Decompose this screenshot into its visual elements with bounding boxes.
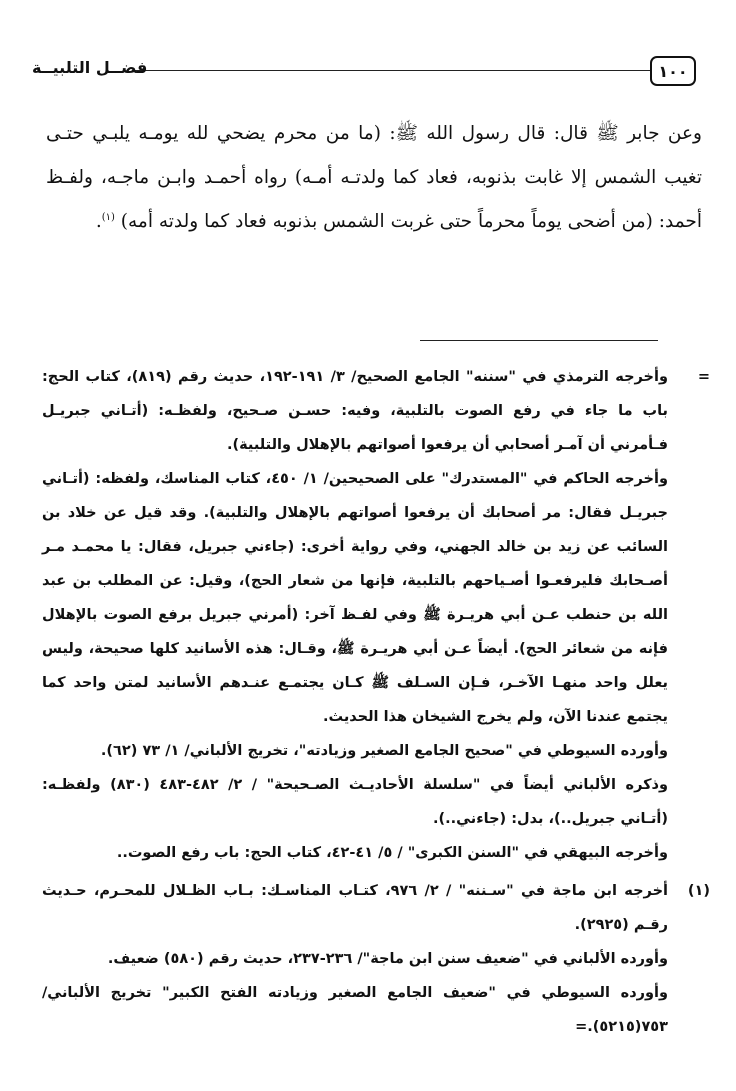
footnotes-section: = وأخرجه الترمذي في "سننه" الجامع الصحيح… xyxy=(42,360,710,1044)
footnote-continued-paragraph: وأخرجه البيهقي في "السنن الكبرى" / ٥/ ٤١… xyxy=(42,836,710,870)
footnote-continued-paragraph: وذكره الألباني أيضاً في "سلسلة الأحاديـث… xyxy=(42,768,710,836)
footnote-text: أخرجه ابن ماجة في "سـننه" / ٢/ ٩٧٦، كتـا… xyxy=(42,883,668,933)
footnote-separator xyxy=(420,340,658,341)
footnote-1-paragraph: وأورده السيوطي في "ضعيف الجامع الصغير وز… xyxy=(42,976,710,1044)
book-page: ١٠٠ فضــل التلبيــة وعن جابر ﷺ قال: قال … xyxy=(0,0,736,1091)
main-text: وعن جابر ﷺ قال: قال رسول الله ﷺ: (ما من … xyxy=(46,112,702,244)
running-title: فضــل التلبيــة xyxy=(32,58,147,77)
footnote-reference[interactable]: (١) xyxy=(102,212,115,223)
footnote-text: وذكره الألباني أيضاً في "سلسلة الأحاديـث… xyxy=(42,777,668,827)
page-number-box: ١٠٠ xyxy=(650,56,696,86)
hadith-paragraph: وعن جابر ﷺ قال: قال رسول الله ﷺ: (ما من … xyxy=(46,123,702,232)
footnote-1-marker: (١) xyxy=(674,874,710,908)
footnote-text: وأخرجه الترمذي في "سننه" الجامع الصحيح/ … xyxy=(42,369,668,453)
footnote-continued-paragraph: = وأخرجه الترمذي في "سننه" الجامع الصحيح… xyxy=(42,360,710,462)
footnote-text: وأخرجه الحاكم في "المستدرك" على الصحيحين… xyxy=(42,471,668,725)
header-rule xyxy=(132,70,650,71)
footnote-text: وأخرجه البيهقي في "السنن الكبرى" / ٥/ ٤١… xyxy=(117,845,668,861)
page-header: ١٠٠ فضــل التلبيــة xyxy=(32,52,712,88)
footnote-text: وأورده السيوطي في "ضعيف الجامع الصغير وز… xyxy=(42,985,668,1035)
footnote-1: (١) أخرجه ابن ماجة في "سـننه" / ٢/ ٩٧٦، … xyxy=(42,874,710,942)
footnote-continued-paragraph: وأورده السيوطي في "صحيح الجامع الصغير وز… xyxy=(42,734,710,768)
footnote-text: وأورده السيوطي في "صحيح الجامع الصغير وز… xyxy=(101,743,668,759)
continuation-marker: = xyxy=(674,360,710,394)
footnote-1-paragraph: وأورده الألباني في "ضعيف سنن ابن ماجة"/ … xyxy=(42,942,710,976)
footnote-continued-paragraph: وأخرجه الحاكم في "المستدرك" على الصحيحين… xyxy=(42,462,710,734)
footnote-text: وأورده الألباني في "ضعيف سنن ابن ماجة"/ … xyxy=(108,951,668,967)
page-number: ١٠٠ xyxy=(658,62,687,81)
